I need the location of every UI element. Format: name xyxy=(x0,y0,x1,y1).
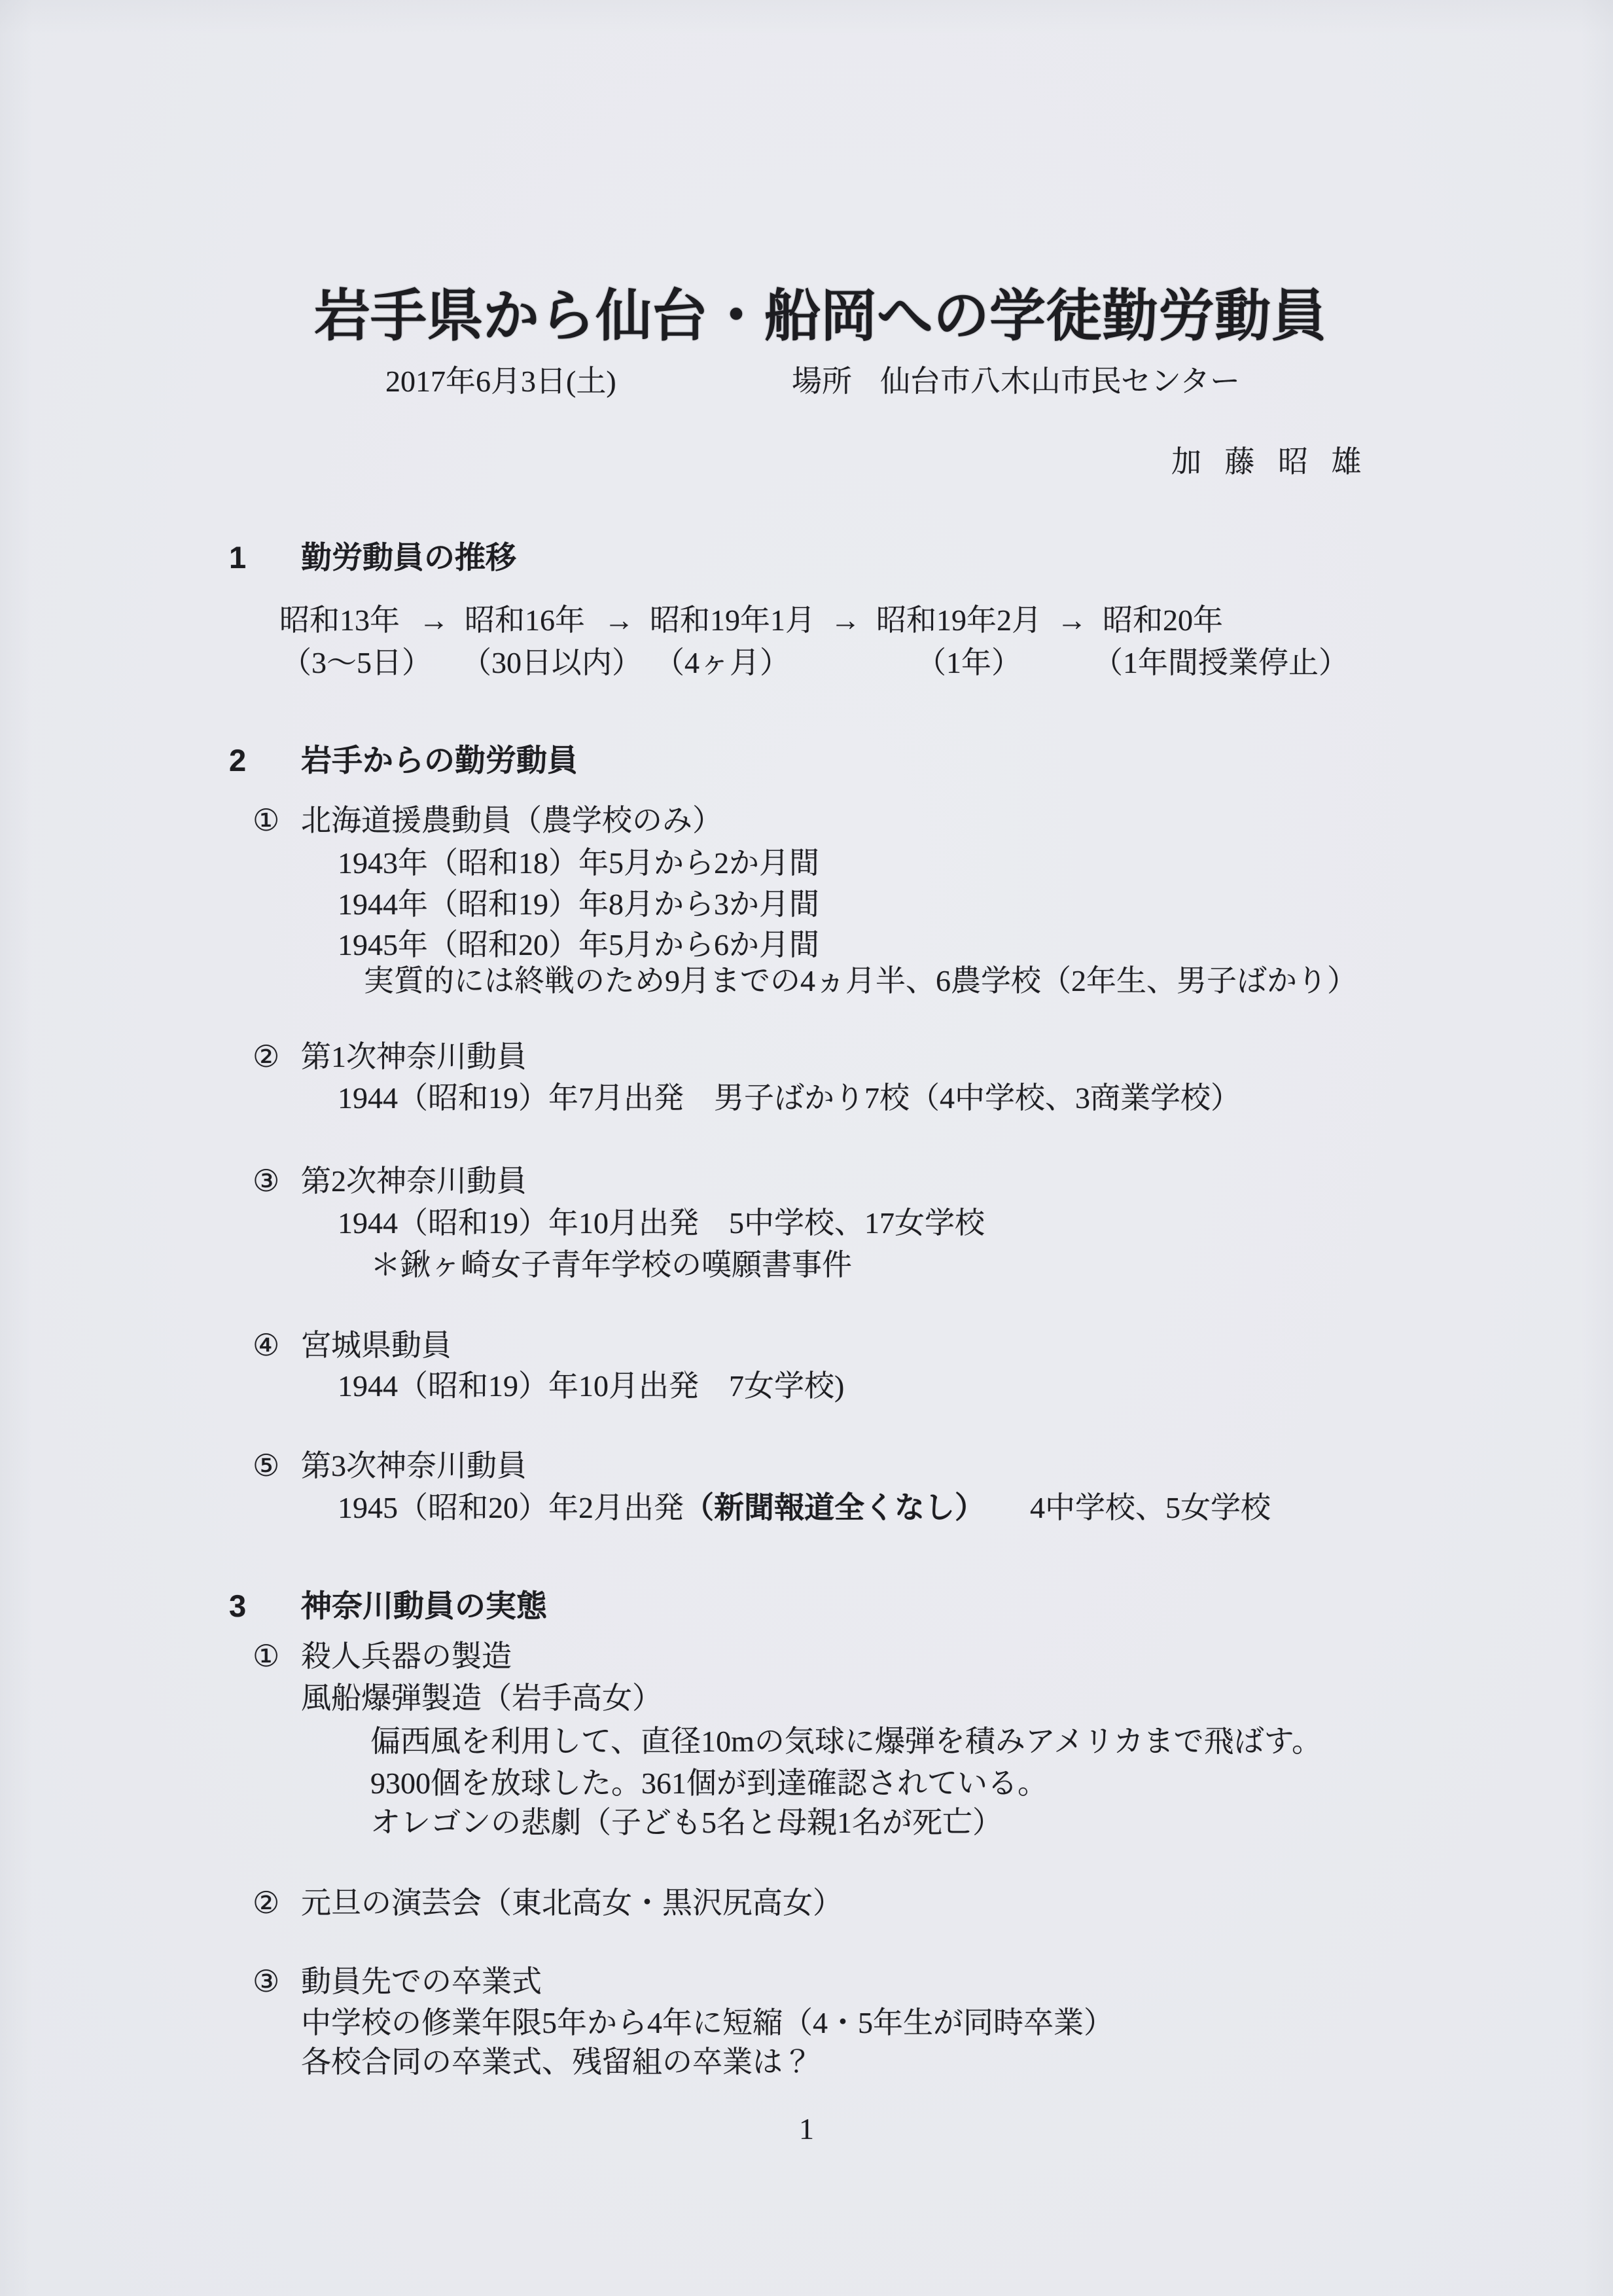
item-detail-line: 1943年（昭和18）年5月から2か月間 xyxy=(338,848,819,878)
circled-2-marker: ② xyxy=(253,1888,279,1918)
item-subheading: 風船爆弾製造（岩手高女） xyxy=(301,1683,662,1713)
section2-number: 2 xyxy=(229,745,246,776)
section3-heading: 神奈川動員の実態 xyxy=(301,1590,547,1621)
flow-era-3: 昭和19年1月 xyxy=(650,605,815,636)
item-heading: 殺人兵器の製造 xyxy=(301,1641,512,1672)
circled-3-marker: ③ xyxy=(253,1166,279,1196)
flow-note-2: （30日以内） xyxy=(461,648,642,678)
circled-1-marker: ① xyxy=(253,1641,279,1672)
flow-era-4: 昭和19年2月 xyxy=(876,605,1042,636)
flow-arrow-icon: → xyxy=(830,605,860,636)
flow-era-5: 昭和20年 xyxy=(1103,605,1223,636)
item-detail-line: 1944（昭和19）年10月出発 7女学校) xyxy=(338,1371,844,1401)
detail-text: 4中学校、5女学校 xyxy=(970,1491,1271,1524)
item-detail-line: 1945年（昭和20）年5月から6か月間 xyxy=(338,930,819,960)
flow-note-3: （4ヶ月） xyxy=(654,648,790,678)
flow-note-4: （1年） xyxy=(916,648,1021,678)
item-detail-line: 偏西風を利用して、直径10mの気球に爆弾を積みアメリカまで飛ばす。 xyxy=(370,1727,1322,1757)
circled-4-marker: ④ xyxy=(253,1331,279,1361)
item-note-line: 実質的には終戦のため9月までの4ヵ月半、6農学校（2年生、男子ばかり） xyxy=(364,966,1357,996)
item-detail-line: 1944（昭和19）年10月出発 5中学校、17女学校 xyxy=(338,1208,985,1238)
item-heading: 宮城県動員 xyxy=(301,1331,452,1361)
section2-heading: 岩手からの勤労動員 xyxy=(301,745,578,776)
circled-2-marker: ② xyxy=(253,1042,279,1072)
author-name: 加 藤 昭 雄 xyxy=(1171,447,1370,477)
section3-number: 3 xyxy=(229,1590,246,1621)
item-detail-line: 1944（昭和19）年7月出発 男子ばかり7校（4中学校、3商業学校） xyxy=(338,1083,1241,1113)
circled-1-marker: ① xyxy=(253,806,279,836)
item-detail-line: 各校合同の卒業式、残留組の卒業は？ xyxy=(301,2047,813,2077)
venue-name: 仙台市八木山市民センター xyxy=(880,367,1240,397)
item-detail-line: オレゴンの悲劇（子ども5名と母親1名が死亡） xyxy=(370,1808,1002,1838)
item-note-line: ＊鍬ヶ崎女子青年学校の嘆願書事件 xyxy=(370,1250,852,1280)
document-page: 岩手県から仙台・船岡への学徒勤労動員 2017年6月3日(土) 場所 仙台市八木… xyxy=(0,0,1613,2296)
circled-3-marker: ③ xyxy=(253,1967,279,1997)
flow-era-1: 昭和13年 xyxy=(279,605,400,636)
flow-era-2: 昭和16年 xyxy=(465,605,585,636)
flow-note-1: （3〜5日） xyxy=(281,648,432,678)
page-number: 1 xyxy=(0,2114,1613,2144)
item-heading: 第3次神奈川動員 xyxy=(301,1451,527,1481)
item-heading: 第1次神奈川動員 xyxy=(301,1042,527,1072)
flow-arrow-icon: → xyxy=(1057,605,1087,636)
item-detail-line: 1945（昭和20）年2月出発（新聞報道全くなし） 4中学校、5女学校 xyxy=(338,1492,1271,1523)
bold-emphasis-text: （新聞報道全くなし） xyxy=(684,1490,970,1524)
detail-text: 1945（昭和20）年2月出発 xyxy=(338,1491,684,1524)
section1-heading: 勤労動員の推移 xyxy=(301,542,516,573)
item-heading: 動員先での卒業式 xyxy=(301,1967,542,1997)
item-detail-line: 1944年（昭和19）年8月から3か月間 xyxy=(338,889,819,920)
item-heading: 北海道援農動員（農学校のみ） xyxy=(301,806,722,836)
flow-arrow-icon: → xyxy=(604,605,634,636)
event-date: 2017年6月3日(土) xyxy=(385,367,616,397)
item-heading: 元旦の演芸会（東北高女・黒沢尻高女） xyxy=(301,1888,843,1918)
venue-label: 場所 xyxy=(792,367,852,397)
section1-number: 1 xyxy=(229,542,246,573)
item-heading: 第2次神奈川動員 xyxy=(301,1166,527,1196)
circled-5-marker: ⑤ xyxy=(253,1451,279,1481)
flow-arrow-icon: → xyxy=(419,605,449,636)
page-title: 岩手県から仙台・船岡への学徒勤労動員 xyxy=(314,288,1327,344)
flow-note-5: （1年間授業停止） xyxy=(1093,648,1349,678)
item-detail-line: 中学校の修業年限5年から4年に短縮（4・5年生が同時卒業） xyxy=(301,2008,1114,2038)
item-detail-line: 9300個を放球した。361個が到達確認されている。 xyxy=(370,1768,1048,1799)
